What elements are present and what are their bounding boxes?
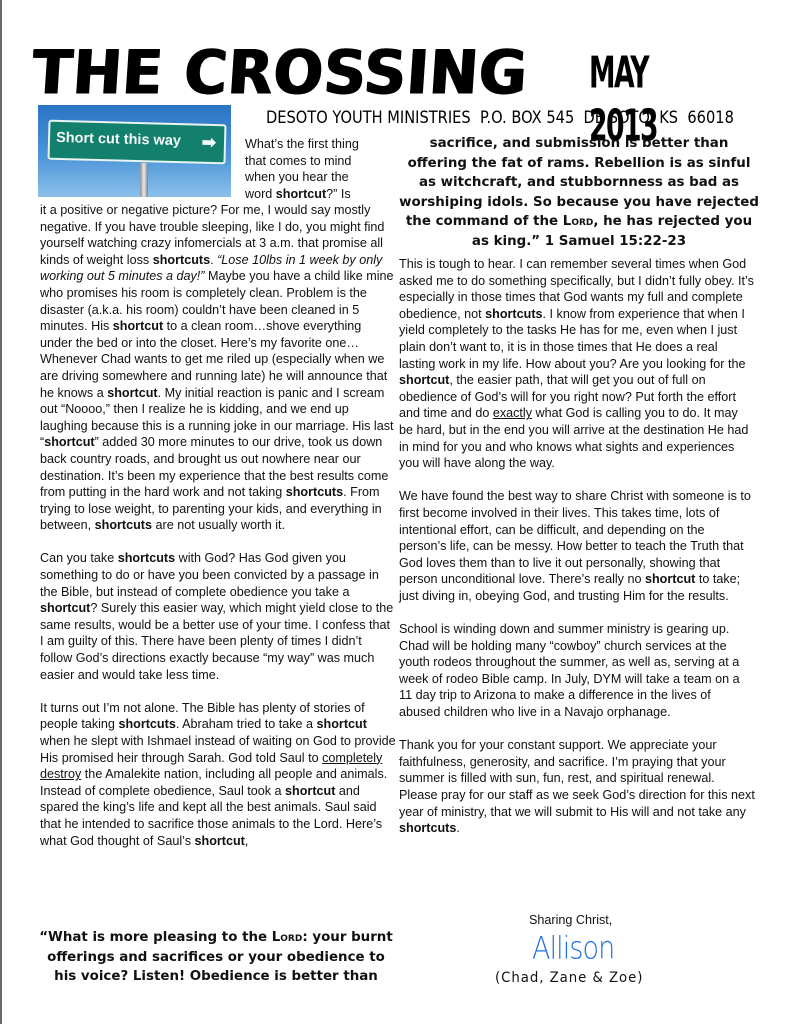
scripture-quote-part2: sacrifice, and submission is better than… — [399, 134, 759, 251]
paragraph-tough-to-hear: This is tough to hear. I can remember se… — [399, 256, 755, 472]
closing-line: Sharing Christ, — [529, 913, 612, 927]
paragraph-intro: it a positive or negative picture? For m… — [40, 202, 396, 534]
keyword-shortcut: shortcuts — [118, 551, 175, 565]
keyword-shortcut: shortcut — [107, 386, 157, 400]
underlined-word: destroy — [40, 767, 81, 781]
keyword-shortcut: shortcut — [276, 187, 326, 201]
text: . — [456, 821, 460, 835]
intro-line: that comes to mind — [245, 153, 395, 170]
scripture-quote-part1: “What is more pleasing to the Lord: your… — [34, 928, 398, 987]
sign-text: Short cut this way — [56, 130, 181, 149]
page-border — [0, 0, 2, 1024]
newsletter-title: THE CROSSING — [29, 38, 529, 107]
keyword-shortcut: shortcuts — [485, 307, 542, 321]
keyword-shortcut: shortcut — [40, 601, 90, 615]
text: , — [245, 834, 249, 848]
sign-pole — [140, 163, 148, 197]
keyword-shortcut: shortcuts — [118, 717, 175, 731]
keyword-shortcut: shortcut — [195, 834, 245, 848]
keyword-shortcut: shortcut — [645, 572, 695, 586]
keyword-shortcut: shortcuts — [95, 518, 152, 532]
quote-text: “What is more pleasing to the — [39, 930, 272, 945]
underlined-word: exactly — [493, 406, 532, 420]
text: are not usually worth it. — [152, 518, 285, 532]
keyword-shortcut: shortcut — [317, 717, 367, 731]
keyword-shortcut: shortcut — [285, 784, 335, 798]
intro-line: when you hear the — [245, 169, 395, 186]
lord-smallcaps: Lord — [563, 214, 594, 229]
keyword-shortcut: shortcuts — [153, 253, 210, 267]
text: ? Surely this easier way, which might yi… — [40, 601, 393, 681]
left-column: it a positive or negative picture? For m… — [40, 202, 396, 866]
keyword-shortcut: shortcut — [44, 435, 94, 449]
paragraph-share-christ: We have found the best way to share Chri… — [399, 488, 755, 604]
paragraph-thank-you: Thank you for your constant support. We … — [399, 737, 755, 837]
keyword-shortcut: shortcut — [113, 319, 163, 333]
lord-smallcaps: Lord — [272, 930, 303, 945]
ministry-address: DESOTO YOUTH MINISTRIES P.O. BOX 545 DE … — [266, 108, 734, 128]
keyword-shortcut: shortcuts — [399, 821, 456, 835]
signature: Allison — [532, 930, 614, 967]
shortcut-sign-image: Short cut this way ➡ — [38, 105, 231, 197]
intro-line: word shortcut?” Is — [245, 186, 395, 203]
masthead: THE CROSSING MAY 2013 DESOTO YOUTH MINIS… — [34, 38, 754, 108]
intro-line: What’s the first thing — [245, 136, 395, 153]
text: Can you take — [40, 551, 118, 565]
intro-text-segment: word — [245, 187, 276, 201]
right-column: This is tough to hear. I can remember se… — [399, 256, 755, 853]
underlined-word: completely — [322, 751, 382, 765]
paragraph-shortcuts-with-god: Can you take shortcuts with God? Has God… — [40, 550, 396, 683]
intro-text: What’s the first thing that comes to min… — [245, 136, 395, 202]
text: . Abraham tried to take a — [176, 717, 317, 731]
keyword-shortcut: shortcut — [399, 373, 449, 387]
sign-board: Short cut this way ➡ — [48, 120, 227, 165]
text: Thank you for your constant support. We … — [399, 738, 755, 818]
paragraph-bible-stories: It turns out I’m not alone. The Bible ha… — [40, 700, 396, 849]
arrow-right-icon: ➡ — [202, 134, 217, 152]
intro-text-segment: ?” Is — [326, 187, 351, 201]
keyword-shortcut: shortcuts — [286, 485, 343, 499]
family-names: (Chad, Zane & Zoe) — [495, 970, 643, 986]
paragraph-summer-ministry: School is winding down and summer minist… — [399, 621, 755, 721]
